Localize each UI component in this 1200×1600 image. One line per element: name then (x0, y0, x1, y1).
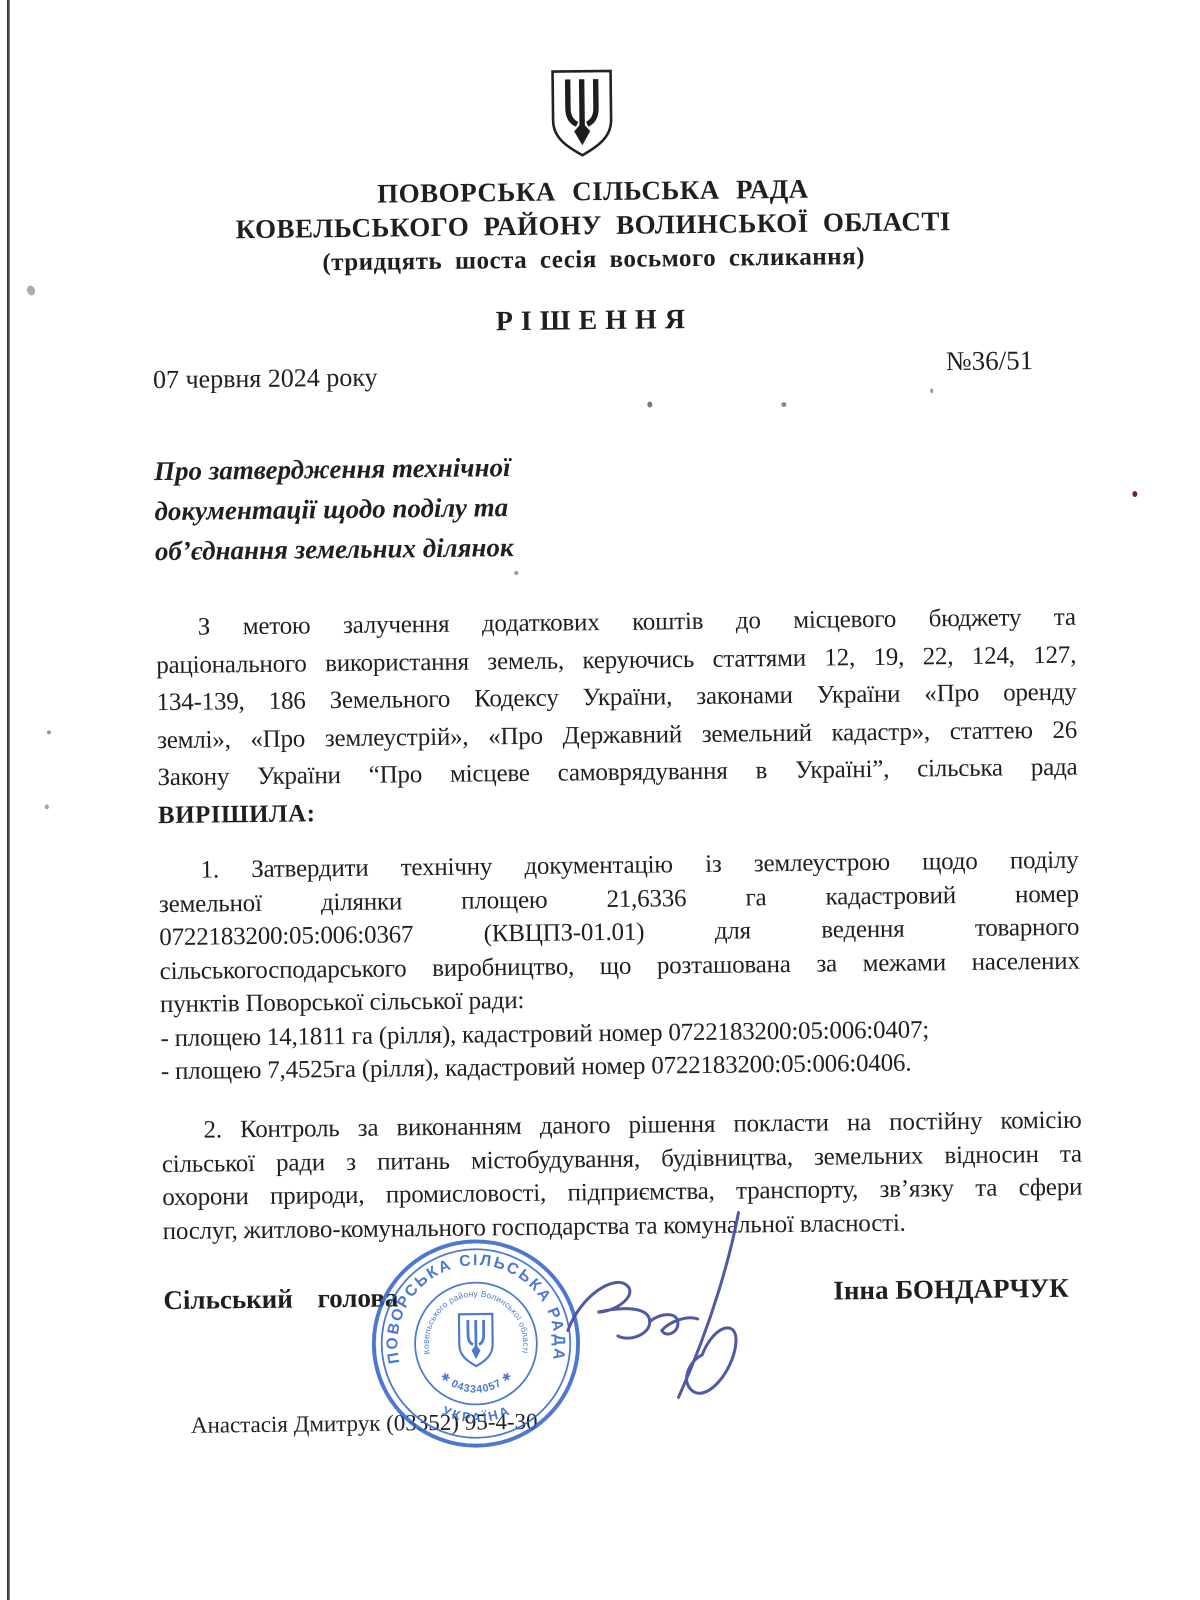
scan-speck (25, 284, 36, 296)
resolution-item-1: 1. Затвердити технічну документацію із з… (158, 844, 1081, 1089)
handwritten-signature (552, 1200, 765, 1452)
stamp-ring-text-bottom: УКРАЇНА (440, 1402, 514, 1425)
letterhead: ПОВОРСЬКА СІЛЬСЬКА РАДА КОВЕЛЬСЬКОГО РАЙ… (0, 169, 1194, 281)
svg-text:УКРАЇНА: УКРАЇНА (440, 1402, 514, 1425)
scan-speck (1132, 491, 1137, 497)
scan-speck (514, 571, 518, 575)
svg-text:✱ 04334057 ✱: ✱ 04334057 ✱ (438, 1370, 515, 1397)
signer-name: Інна БОНДАРЧУК (833, 1273, 1069, 1307)
signer-position-title: Сільський голова (163, 1282, 398, 1316)
subject-line: Про затвердження технічної (154, 447, 513, 491)
scan-speck (930, 388, 933, 393)
scan-edge-artifact (7, 0, 10, 1600)
document-page: ПОВОРСЬКА СІЛЬСЬКА РАДА КОВЕЛЬСЬКОГО РАЙ… (0, 0, 1200, 1600)
stamp-registry-number: ✱ 04334057 ✱ (438, 1370, 515, 1397)
document-number: №36/51 (946, 345, 1034, 377)
preamble-paragraph: З метою залучення додаткових коштів до м… (156, 599, 1078, 834)
document-date: 07 червня 2024 року (153, 363, 378, 396)
stamp-trident-tip (472, 1344, 481, 1359)
document-type-title: РІШЕННЯ (0, 298, 1195, 344)
document-subject: Про затвердження технічної документації … (154, 447, 514, 571)
subject-line: документації щодо поділу та (154, 487, 513, 531)
ukraine-trident-emblem (550, 68, 615, 161)
subject-line: об’єднання земельних ділянок (155, 527, 514, 571)
scan-speck (781, 402, 786, 407)
scan-speck (47, 730, 51, 734)
scan-speck (45, 804, 49, 809)
scan-speck (647, 401, 652, 407)
